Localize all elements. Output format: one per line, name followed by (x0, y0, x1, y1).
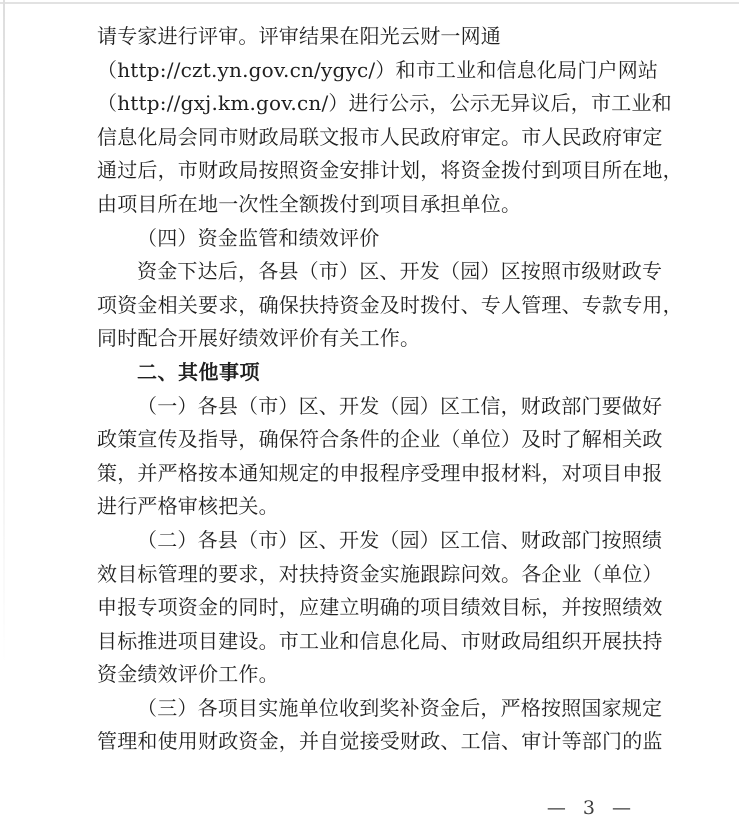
text-line: （四）资金监管和绩效评价 (97, 222, 660, 256)
text-line: 资金绩效评价工作。 (97, 658, 660, 692)
text-line: 资金下达后，各县（市）区、开发（园）区按照市级财政专 (97, 255, 660, 289)
text-line: 政策宣传及指导，确保符合条件的企业（单位）及时了解相关政 (97, 423, 660, 457)
section-heading: 二、其他事项 (97, 356, 660, 390)
scan-edge-left (3, 0, 5, 700)
scan-edge-top (0, 2, 739, 4)
text-line: 由项目所在地一次性全额拨付到项目承担单位。 (97, 188, 660, 222)
text-line: 申报专项资金的同时，应建立明确的项目绩效目标，并按照绩效 (97, 591, 660, 625)
text-line: 项资金相关要求，确保扶持资金及时拨付、专人管理、专款专用， (97, 289, 660, 323)
text-line: （三）各项目实施单位收到奖补资金后，严格按照国家规定 (97, 692, 660, 726)
text-line: 管理和使用财政资金，并自觉接受财政、工信、审计等部门的监 (97, 725, 660, 759)
document-page: 请专家进行评审。评审结果在阳光云财一网通（http://czt.yn.gov.c… (0, 0, 739, 836)
page-number: — 3 — (547, 797, 632, 819)
text-line: 通过后，市财政局按照资金安排计划，将资金拨付到项目所在地， (97, 154, 660, 188)
text-line: （http://czt.yn.gov.cn/ygyc/）和市工业和信息化局门户网… (97, 54, 660, 88)
text-line: 进行严格审核把关。 (97, 490, 660, 524)
document-body: 请专家进行评审。评审结果在阳光云财一网通（http://czt.yn.gov.c… (97, 20, 660, 759)
text-line: 同时配合开展好绩效评价有关工作。 (97, 322, 660, 356)
text-line: 目标推进项目建设。市工业和信息化局、市财政局组织开展扶持 (97, 625, 660, 659)
text-line: （http://gxj.km.gov.cn/）进行公示，公示无异议后，市工业和 (97, 87, 660, 121)
text-line: 请专家进行评审。评审结果在阳光云财一网通 (97, 20, 660, 54)
text-line: 信息化局会同市财政局联文报市人民政府审定。市人民政府审定 (97, 121, 660, 155)
text-line: （二）各县（市）区、开发（园）区工信、财政部门按照绩 (97, 524, 660, 558)
text-line: 效目标管理的要求，对扶持资金实施跟踪问效。各企业（单位） (97, 558, 660, 592)
text-line: （一）各县（市）区、开发（园）区工信，财政部门要做好 (97, 390, 660, 424)
text-line: 策，并严格按本通知规定的申报程序受理申报材料，对项目申报 (97, 457, 660, 491)
